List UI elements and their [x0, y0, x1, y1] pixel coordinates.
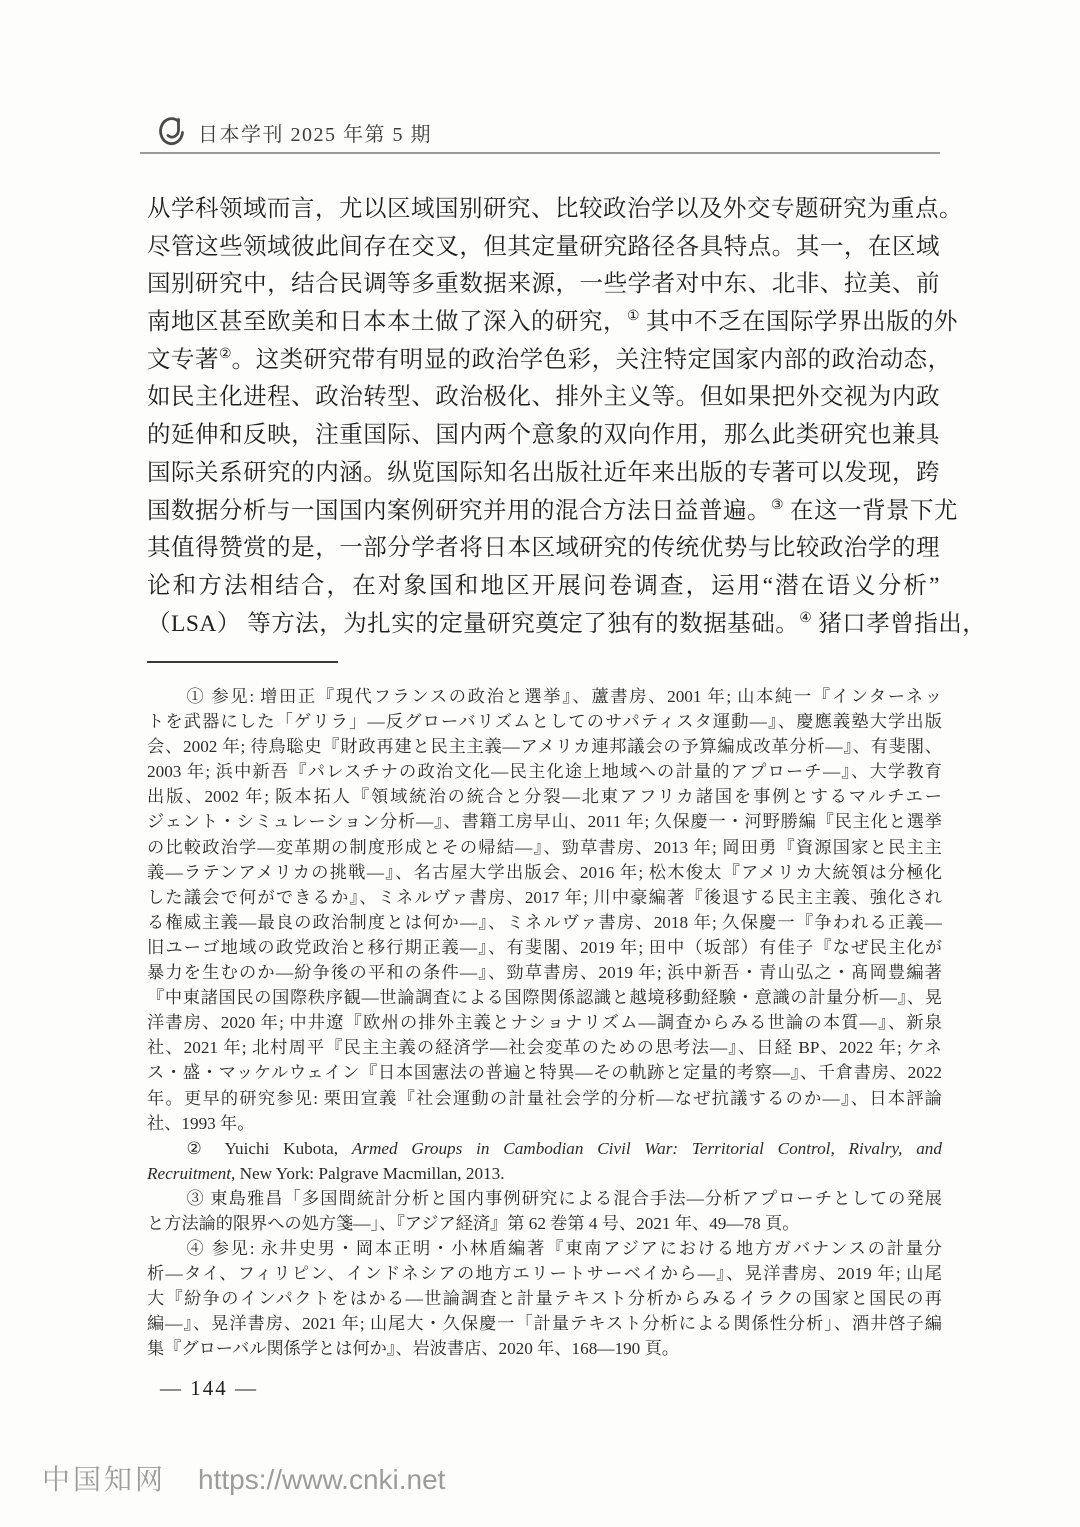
footnote-line: 暴力を生むのか—紛争後の平和の条件—』、勁草書房、2019 年; 浜中新吾・青山…	[147, 960, 942, 985]
footnote-ref-marker: ③	[771, 497, 784, 513]
footnote-line: 義—ラテンアメリカの挑戦—』、名古屋大学出版会、2016 年; 松木俊太『アメリ…	[147, 860, 942, 885]
footnote-line: ス・盛・マッケルウェイン『日本国憲法の普遍と特異—その軌跡と定量的考察—』、千倉…	[147, 1060, 942, 1085]
footnote-line: 洋書房、2020 年; 中井遼『欧州の排外主義とナショナリズム—調査からみる世論…	[147, 1010, 942, 1035]
body-text-line: 文专著②。这类研究带有明显的政治学色彩，关注特定国家内部的政治动态，	[147, 342, 940, 380]
footnote-ref-marker: ①	[627, 308, 640, 324]
body-text-line: 国际关系研究的内涵。纵览国际知名出版社近年来出版的专著可以发现，跨	[147, 455, 940, 493]
footnote-line: 旧ユーゴ地域の政党政治と移行期正義—』、有斐閣、2019 年; 田中（坂部）有佳…	[147, 935, 942, 960]
body-text-line: 国数据分析与一国国内案例研究并用的混合方法日益普遍。③ 在这一背景下尤	[147, 493, 940, 531]
footnote-line: と方法論的限界への処方箋—」、『アジア経済』第 62 巻第 4 号、2021 年…	[147, 1211, 942, 1236]
body-text-line: 论和方法相结合，在对象国和地区开展问卷调查，运用“潜在语义分析”	[147, 568, 940, 606]
footnote-line: 年。更早的研究参见: 栗田宣義『社会運動の計量社会学的分析—なぜ抗議するのか—』…	[147, 1086, 942, 1111]
footnote-line: ③ 東島雅昌「多国間統計分析と国内事例研究による混合手法—分析アプローチとしての…	[147, 1186, 942, 1211]
footnote-line: 社、1993 年。	[147, 1111, 942, 1136]
footnote-line: 会、2002 年; 待鳥聡史『財政再建と民主主義—アメリカ連邦議会の予算編成改革…	[147, 734, 942, 759]
body-text-line: 如民主化进程、政治转型、政治极化、排外主义等。但如果把外交视为内政	[147, 379, 940, 417]
body-text-line: 南地区甚至欧美和日本本土做了深入的研究，① 其中不乏在国际学界出版的外	[147, 304, 940, 342]
journal-page: 日本学刊 2025 年第 5 期 从学科领域而言，尤以区域国别研究、比较政治学以…	[0, 0, 1080, 1527]
footnote-line: 2003 年; 浜中新吾『パレスチナの政治文化—民主化途上地域への計量的アプロー…	[147, 759, 942, 784]
footnote-line: ジェント・シミュレーション分析—』、書籍工房早山、2011 年; 久保慶一・河野…	[147, 809, 942, 834]
footnote-line: 析—タイ、フィリピン、インドネシアの地方エリートサーベイから—』、晃洋書房、20…	[147, 1261, 942, 1286]
body-text: 从学科领域而言，尤以区域国别研究、比较政治学以及外交专题研究为重点。尽管这些领域…	[147, 191, 940, 643]
journal-logo-icon	[157, 116, 187, 148]
page-header: 日本学刊 2025 年第 5 期	[157, 116, 432, 148]
body-text-line: 其值得赞赏的是，一部分学者将日本区域研究的传统优势与比较政治学的理	[147, 530, 940, 568]
cnki-url: https://www.cnki.net	[198, 1464, 445, 1496]
footnote-line: Recruitment, New York: Palgrave Macmilla…	[147, 1161, 942, 1186]
footnote-line: ④ 参见: 永井史男・岡本正明・小林盾編著『東南アジアにおける地方ガバナンスの計…	[147, 1236, 942, 1261]
footnote-line: 社、2021 年; 北村周平『民主主義の経済学—社会変革のための思考法—』、日経…	[147, 1035, 942, 1060]
footnote-separator	[147, 661, 338, 663]
page-number: — 144 —	[160, 1376, 258, 1401]
footnotes: ① 参见: 增田正『現代フランスの政治と選挙』、蘆書房、2001 年; 山本純一…	[147, 684, 942, 1362]
header-divider	[140, 152, 940, 154]
footnote-line: 『中東諸国民の国際秩序観—世論調査による国際関係認識と越境移動経験・意識の計量分…	[147, 985, 942, 1010]
footnote-line: した議会で何ができるか』、ミネルヴァ書房、2017 年; 川中豪編著『後退する民…	[147, 885, 942, 910]
journal-issue-title: 日本学刊 2025 年第 5 期	[198, 118, 432, 147]
footnote-line: トを武器にした「ゲリラ」—反グローバリズムとしてのサパティスタ運動—』、慶應義塾…	[147, 709, 942, 734]
footnote-line: る権威主義—最良の政治制度とは何か—』、ミネルヴァ書房、2018 年; 久保慶一…	[147, 910, 942, 935]
footnote-line: ② Yuichi Kubota, Armed Groups in Cambodi…	[147, 1136, 942, 1161]
cnki-site-name: 中国知网	[42, 1458, 166, 1498]
footnote-line: 編—』、晃洋書房、2021 年; 山尾大・久保慶一「計量テキスト分析による関係性…	[147, 1311, 942, 1336]
body-text-line: （LSA） 等方法，为扎实的定量研究奠定了独有的数据基础。④ 猪口孝曾指出，	[147, 606, 940, 644]
footnote-ref-marker: ②	[219, 346, 232, 362]
footnote-line: 大『紛争のインパクトをはかる—世論調査と計量テキスト分析からみるイラクの国家と国…	[147, 1286, 942, 1311]
footnote-line: 出版、2002 年; 阪本拓人『領域統治の統合と分裂—北東アフリカ諸国を事例とす…	[147, 784, 942, 809]
footnote-line: ① 参见: 增田正『現代フランスの政治と選挙』、蘆書房、2001 年; 山本純一…	[147, 684, 942, 709]
body-text-line: 国别研究中，结合民调等多重数据来源，一些学者对中东、北非、拉美、前	[147, 266, 940, 304]
body-text-line: 从学科领域而言，尤以区域国别研究、比较政治学以及外交专题研究为重点。	[147, 191, 940, 229]
footnote-line: 集『グローバル関係学とは何か』、岩波書店、2020 年、168—190 頁。	[147, 1336, 942, 1361]
footnote-line: の比較政治学—変革期の制度形成とその帰結—』、勁草書房、2013 年; 岡田勇『…	[147, 835, 942, 860]
body-text-line: 尽管这些领域彼此间存在交叉，但其定量研究路径各具特点。其一，在区域	[147, 229, 940, 267]
body-text-line: 的延伸和反映，注重国际、国内两个意象的双向作用，那么此类研究也兼具	[147, 417, 940, 455]
cnki-watermark: 中国知网 https://www.cnki.net	[42, 1458, 445, 1498]
footnote-ref-marker: ④	[799, 610, 812, 626]
